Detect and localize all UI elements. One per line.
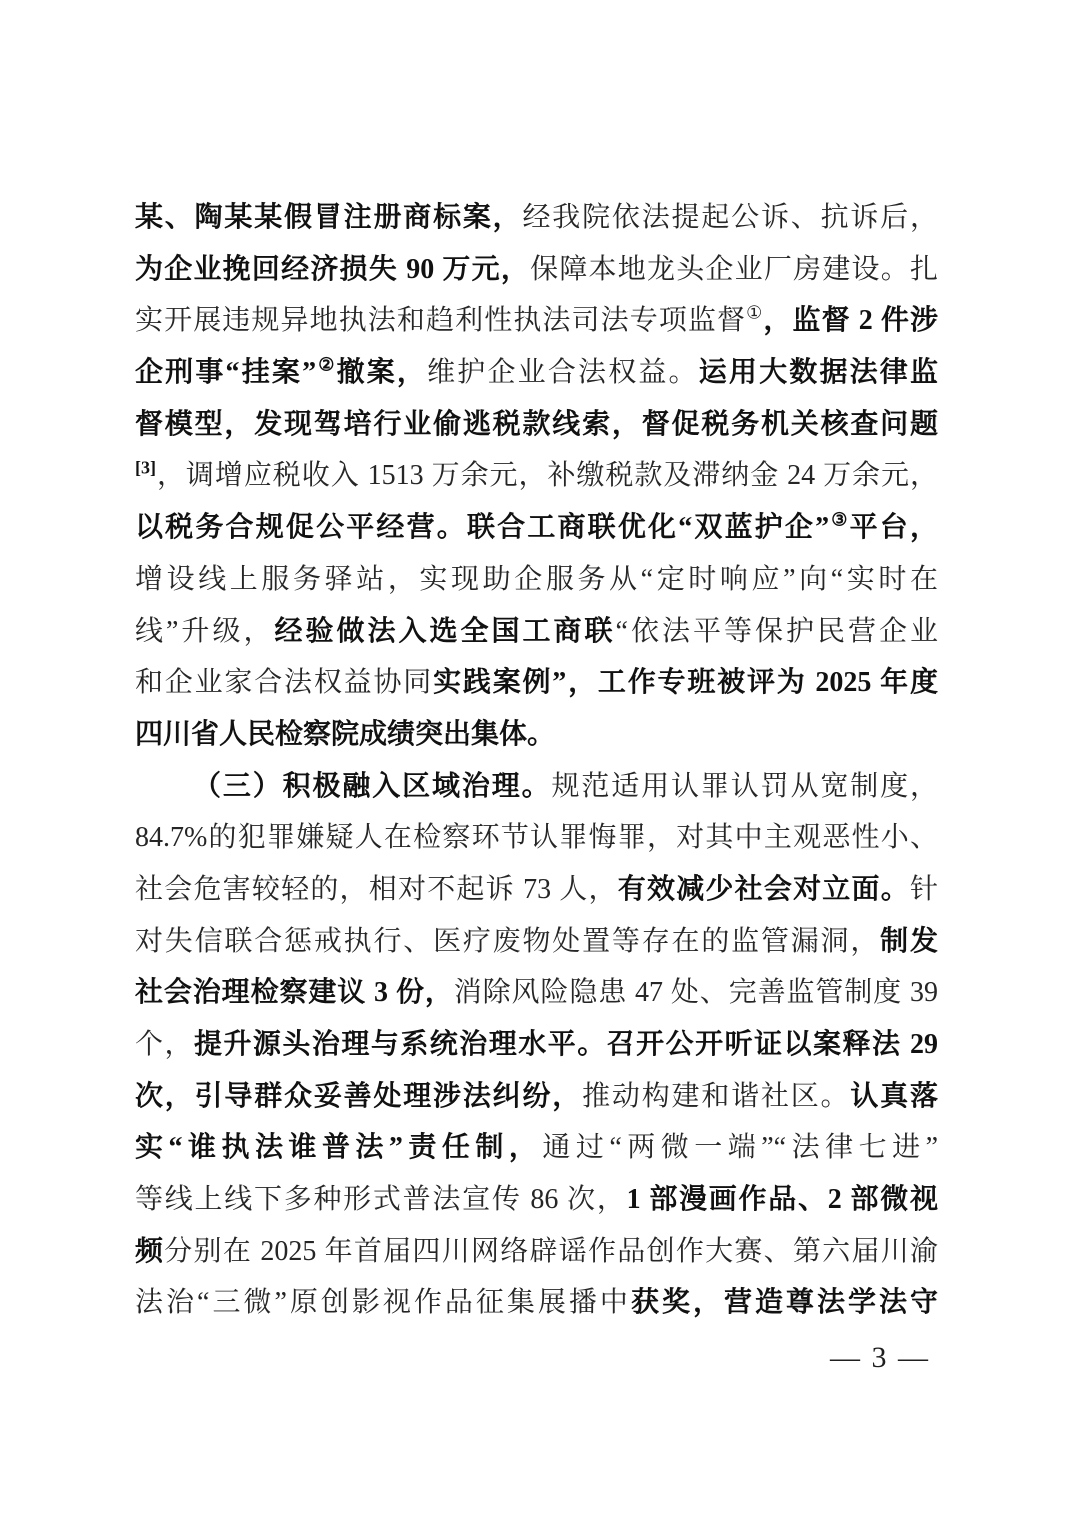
paragraph: （三）积极融入区域治理。规范适用认罪认罚从宽制度，84.7%的犯罪嫌疑人在检察环… <box>135 761 938 1330</box>
text-segment: 制发 <box>880 926 938 957</box>
text-segment: 1 部漫画作品、2 部微视 <box>627 1184 938 1215</box>
text-line: 84.7%的犯罪嫌疑人在检察环节认罪悔罪，对其中主观恶性小、 <box>135 812 938 864</box>
text-line: 个，提升源头治理与系统治理水平。召开公开听证以案释法 29 <box>135 1019 938 1071</box>
text-segment: 实“谁执法谁普法”责任制， <box>135 1132 542 1163</box>
text-segment: 某、陶某某假冒注册商标案， <box>135 202 523 233</box>
document-body: 某、陶某某假冒注册商标案，经我院依法提起公诉、抗诉后，为企业挽回经济损失 90 … <box>135 192 938 1329</box>
text-segment: 有效减少社会对立面。 <box>618 874 910 905</box>
text-segment: 以税务合规促公平经营。联合工商联优化“双蓝护企” <box>135 512 829 543</box>
text-line: 实开展违规异地执法和趋利性执法司法专项监督①，监督 2 件涉 <box>135 295 938 347</box>
text-segment: 频 <box>135 1236 164 1267</box>
text-segment: 认真落 <box>850 1081 938 1112</box>
text-segment: 撤案， <box>337 357 428 388</box>
text-segment: 保障本地龙头企业厂房建设。扎 <box>530 254 938 285</box>
text-segment: 经我院依法提起公诉、抗诉后， <box>523 202 939 233</box>
text-segment: ，调增应税收入 1513 万余元，补缴税款及滞纳金 24 万余元， <box>156 460 938 491</box>
text-line: 四川省人民检察院成绩突出集体。 <box>135 709 938 761</box>
text-segment: 督模型，发现驾培行业偷逃税款线索，督促税务机关核查问题 <box>135 409 938 440</box>
text-segment: 84.7%的犯罪嫌疑人在检察环节认罪悔罪，对其中主观恶性小、 <box>135 822 938 853</box>
text-segment: 四川省人民检察院成绩突出集体。 <box>135 719 555 750</box>
text-line: 等线上线下多种形式普法宣传 86 次，1 部漫画作品、2 部微视 <box>135 1174 938 1226</box>
text-segment: 分别在 2025 年首届四川网络辟谣作品创作大赛、第六届川渝 <box>164 1236 938 1267</box>
text-segment: 通过“两微一端”“法律七进” <box>542 1132 938 1163</box>
text-segment: （三）积极融入区域治理。 <box>193 771 552 802</box>
page-number: — 3 — <box>830 1336 930 1380</box>
text-line: 为企业挽回经济损失 90 万元，保障本地龙头企业厂房建设。扎 <box>135 244 938 296</box>
text-segment: 对失信联合惩戒执行、医疗废物处置等存在的监管漏洞， <box>135 926 880 957</box>
text-line: 实“谁执法谁普法”责任制，通过“两微一端”“法律七进” <box>135 1122 938 1174</box>
text-segment: 推动构建和谐社区。 <box>582 1081 850 1112</box>
text-segment: 社会危害较轻的，相对不起诉 73 人， <box>135 874 618 905</box>
text-segment: 增设线上服务驿站，实现助企服务从“定时响应”向“实时在 <box>135 564 938 595</box>
text-segment: 为企业挽回经济损失 90 万元， <box>135 254 530 285</box>
paragraph: 某、陶某某假冒注册商标案，经我院依法提起公诉、抗诉后，为企业挽回经济损失 90 … <box>135 192 938 761</box>
text-segment: 实践案例”，工作专班被评为 2025 年度 <box>433 667 938 698</box>
text-line: 企刑事“挂案”②撤案，维护企业合法权益。运用大数据法律监 <box>135 347 938 399</box>
text-line: 线”升级，经验做法入选全国工商联“依法平等保护民营企业 <box>135 606 938 658</box>
text-segment: 消除风险隐患 47 处、完善监管制度 39 <box>454 977 938 1008</box>
text-segment: 等线上线下多种形式普法宣传 86 次， <box>135 1184 627 1215</box>
text-segment: 次，引导群众妥善处理涉法纠纷， <box>135 1081 582 1112</box>
footnote-marker: ① <box>746 303 763 323</box>
text-segment: 社会治理检察建议 3 份， <box>135 977 454 1008</box>
text-segment: 维护企业合法权益。 <box>427 357 699 388</box>
footnote-marker: ③ <box>829 510 850 530</box>
text-segment: 实开展违规异地执法和趋利性执法司法专项监督 <box>135 305 746 336</box>
text-segment: “依法平等保护民营企业 <box>616 616 938 647</box>
text-segment: 企刑事“挂案” <box>135 357 316 388</box>
text-segment: 个， <box>135 1029 194 1060</box>
text-segment: 运用大数据法律监 <box>699 357 938 388</box>
text-line: [3]，调增应税收入 1513 万余元，补缴税款及滞纳金 24 万余元， <box>135 450 938 502</box>
text-line: 和企业家合法权益协同实践案例”，工作专班被评为 2025 年度 <box>135 657 938 709</box>
text-line: 社会危害较轻的，相对不起诉 73 人，有效减少社会对立面。针 <box>135 864 938 916</box>
footnote-marker: [3] <box>135 458 156 478</box>
document-page: 某、陶某某假冒注册商标案，经我院依法提起公诉、抗诉后，为企业挽回经济损失 90 … <box>0 0 1074 1520</box>
text-line: 某、陶某某假冒注册商标案，经我院依法提起公诉、抗诉后， <box>135 192 938 244</box>
text-segment: 规范适用认罪认罚从宽制度， <box>552 771 939 802</box>
text-line: 增设线上服务驿站，实现助企服务从“定时响应”向“实时在 <box>135 554 938 606</box>
text-line: 对失信联合惩戒执行、医疗废物处置等存在的监管漏洞，制发 <box>135 916 938 968</box>
text-line: 以税务合规促公平经营。联合工商联优化“双蓝护企”③平台， <box>135 502 938 554</box>
text-segment: ，监督 2 件涉 <box>763 305 938 336</box>
text-segment: 平台， <box>850 512 938 543</box>
text-segment: 和企业家合法权益协同 <box>135 667 433 698</box>
text-segment: 针 <box>910 874 938 905</box>
text-line: 法治“三微”原创影视作品征集展播中获奖，营造尊法学法守 <box>135 1277 938 1329</box>
text-line: 社会治理检察建议 3 份，消除风险隐患 47 处、完善监管制度 39 <box>135 967 938 1019</box>
text-segment: 线”升级， <box>135 616 274 647</box>
text-line: 频分别在 2025 年首届四川网络辟谣作品创作大赛、第六届川渝 <box>135 1226 938 1278</box>
text-segment: 经验做法入选全国工商联 <box>274 616 615 647</box>
text-line: 次，引导群众妥善处理涉法纠纷，推动构建和谐社区。认真落 <box>135 1071 938 1123</box>
text-segment: 获奖，营造尊法学法守 <box>631 1287 938 1318</box>
footnote-marker: ② <box>316 355 337 375</box>
text-line: （三）积极融入区域治理。规范适用认罪认罚从宽制度， <box>135 761 938 813</box>
text-segment: 提升源头治理与系统治理水平。召开公开听证以案释法 29 <box>194 1029 938 1060</box>
text-segment: 法治“三微”原创影视作品征集展播中 <box>135 1287 631 1318</box>
text-line: 督模型，发现驾培行业偷逃税款线索，督促税务机关核查问题 <box>135 399 938 451</box>
